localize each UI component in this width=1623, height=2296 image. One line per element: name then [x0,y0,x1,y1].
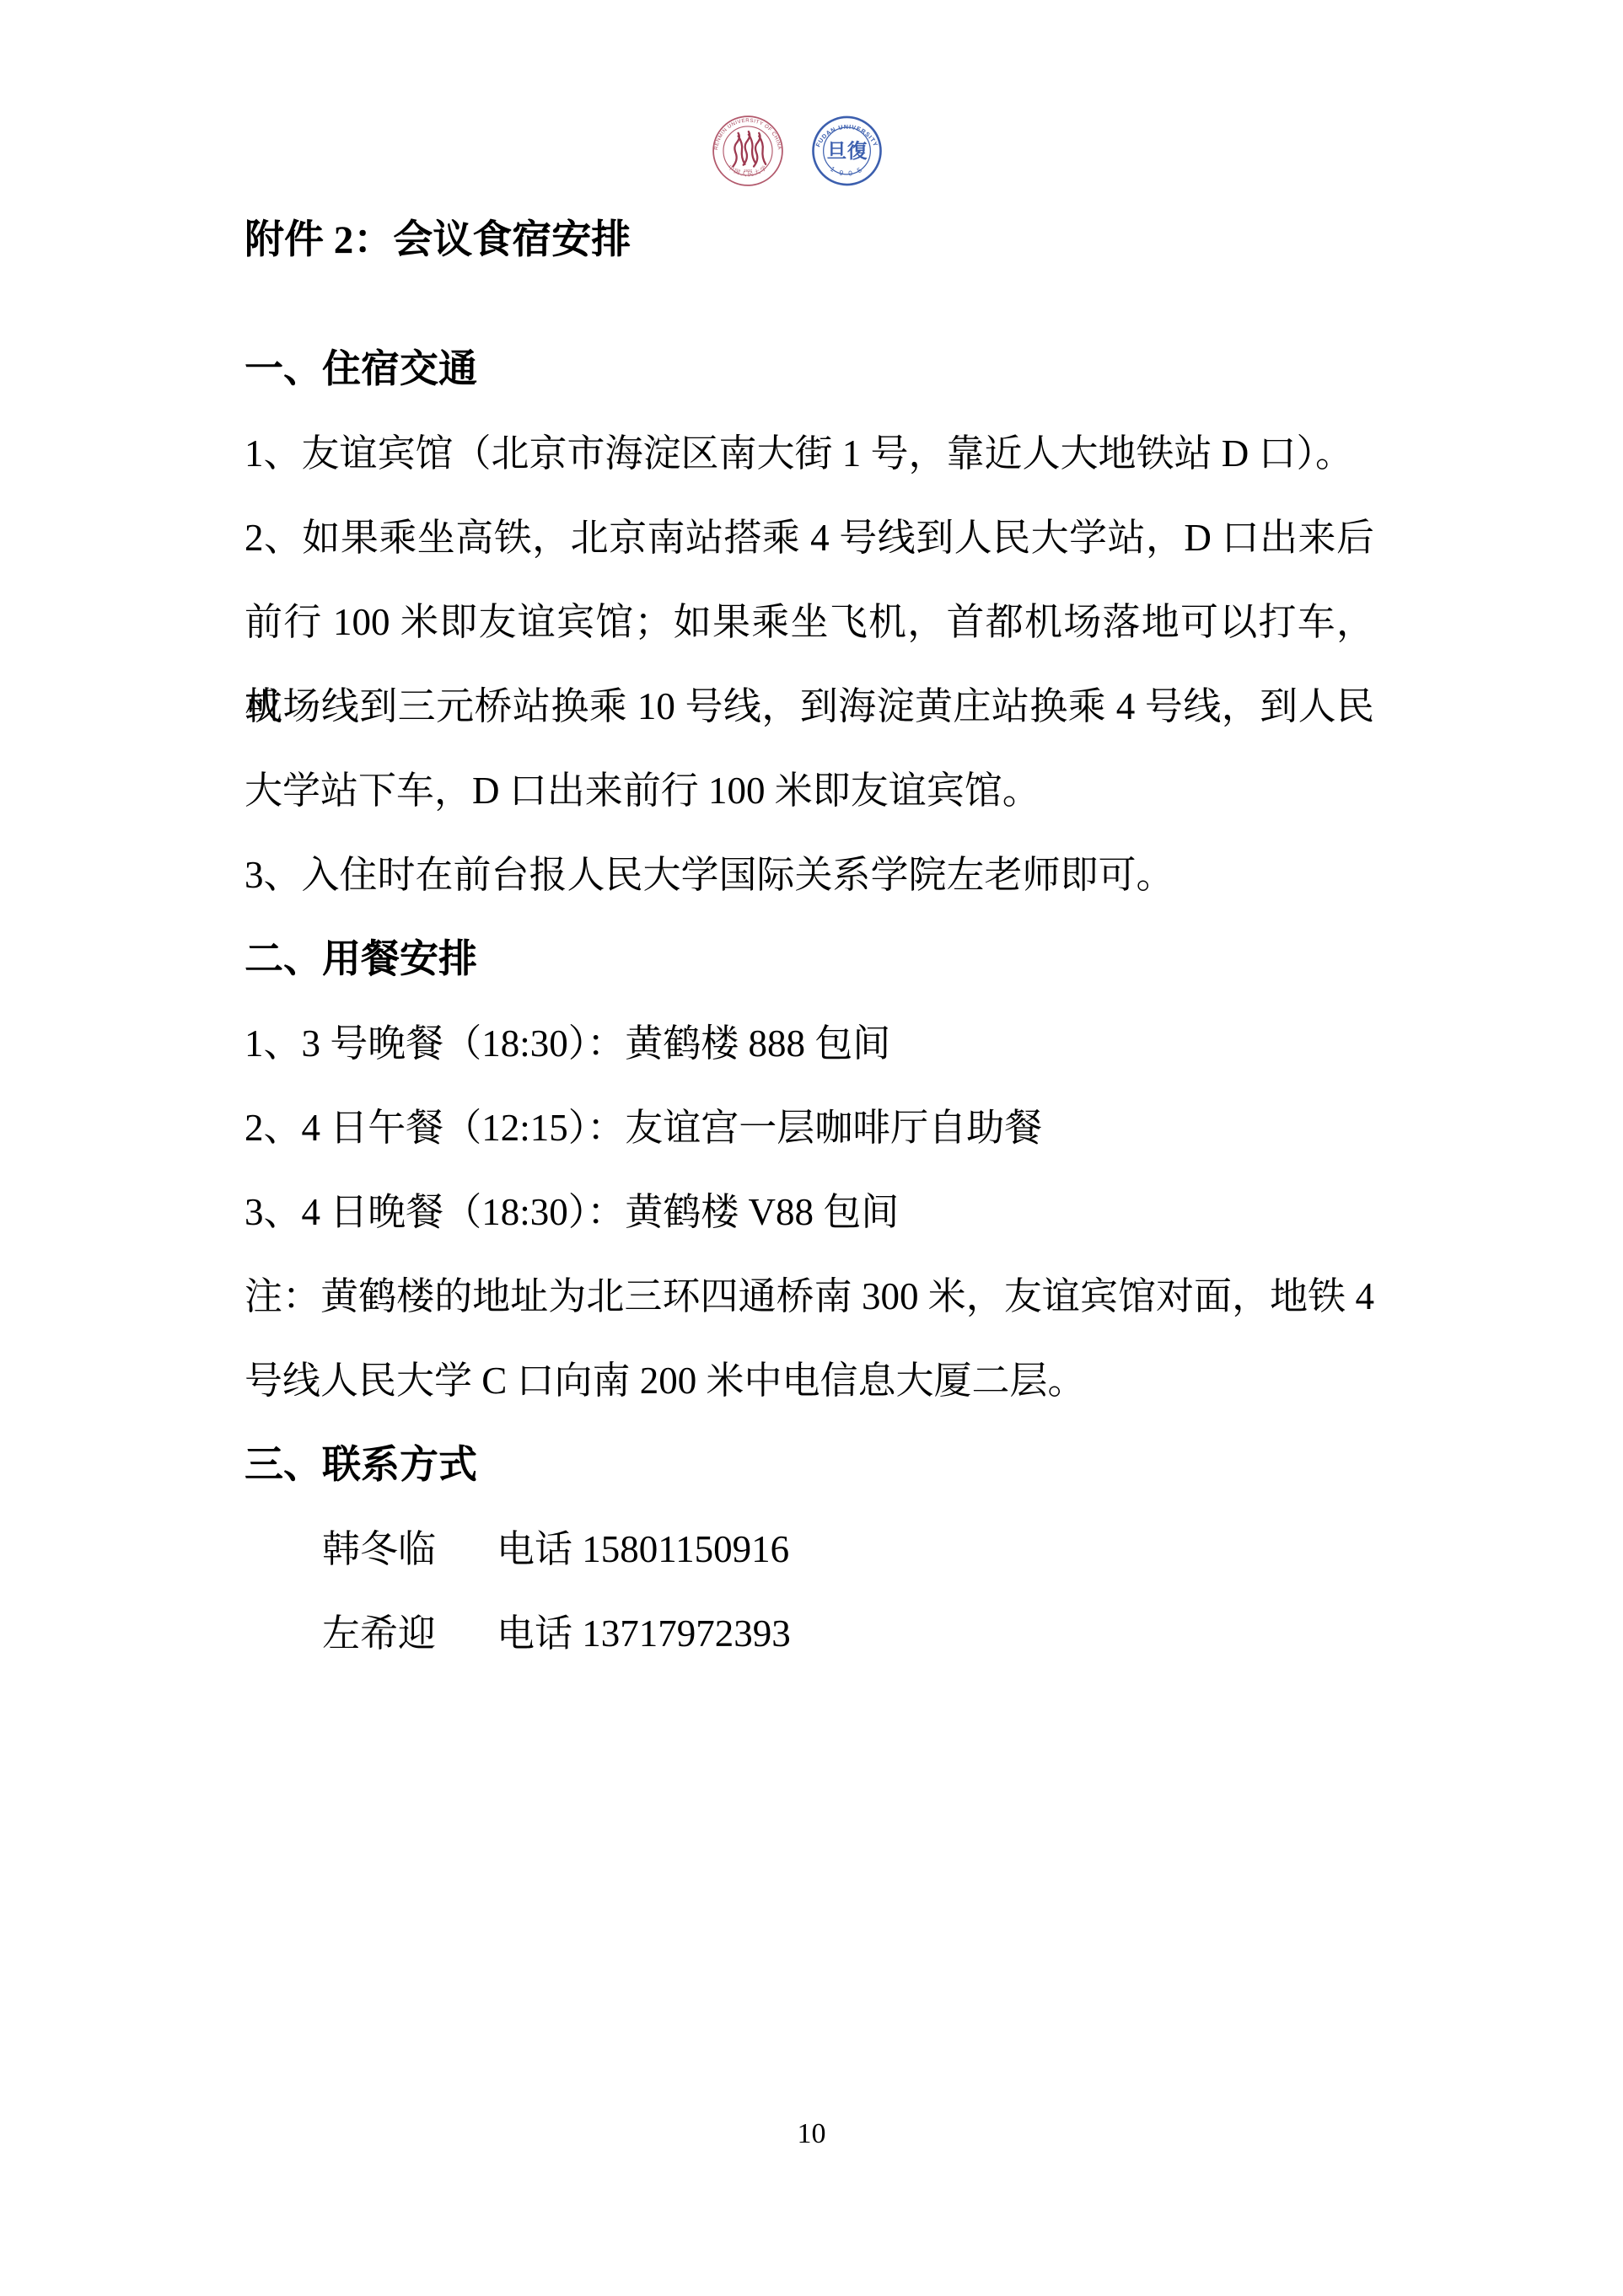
svg-text:1 9 0 5: 1 9 0 5 [829,165,865,178]
body-line: 注：黄鹤楼的地址为北三环四通桥南 300 米，友谊宾馆对面，地铁 4 [245,1254,1374,1338]
document-body: 附件 2：会议食宿安排 一、住宿交通 1、友谊宾馆（北京市海淀区南大街 1 号，… [245,198,1374,1676]
section-heading-contacts: 三、联系方式 [245,1423,1374,1507]
body-line: 2、4 日午餐（12:15）：友谊宫一层咖啡厅自助餐 [245,1086,1374,1170]
body-line: 1、友谊宾馆（北京市海淀区南大街 1 号，靠近人大地铁站 D 口）。 [245,411,1374,496]
attachment-title: 附件 2：会议食宿安排 [245,198,1374,282]
body-line: 1、3 号晚餐（18:30）：黄鹤楼 888 包间 [245,1001,1374,1086]
body-line: 2、如果乘坐高铁，北京南站搭乘 4 号线到人民大学站，D 口出来后 [245,496,1374,580]
fudan-university-logo-icon: FUDAN UNIVERSITY 旦 復 1 9 0 5 [810,112,884,190]
contact-name: 韩冬临 [322,1507,436,1591]
title-spacer [245,282,1374,327]
body-line: 机场线到三元桥站换乘 10 号线，到海淀黄庄站换乘 4 号线，到人民 [245,664,1374,748]
contact-phone: 电话 13717972393 [497,1591,791,1676]
section-heading-accommodation: 一、住宿交通 [245,327,1374,411]
contact-row: 韩冬临 电话 15801150916 [245,1507,1374,1591]
svg-text:旦: 旦 [827,140,847,163]
body-line: 号线人民大学 C 口向南 200 米中电信息大厦二层。 [245,1338,1374,1423]
renmin-university-logo-icon: RENMIN UNIVERSITY OF CHINA 1937 中国人民大学 [711,112,785,190]
contact-phone: 电话 15801150916 [497,1507,789,1591]
section-heading-meals: 二、用餐安排 [245,917,1374,1001]
contact-row: 左希迎 电话 13717972393 [245,1591,1374,1676]
svg-text:復: 復 [847,139,868,163]
university-logos: RENMIN UNIVERSITY OF CHINA 1937 中国人民大学 F… [711,112,884,190]
body-line: 前行 100 米即友谊宾馆；如果乘坐飞机，首都机场落地可以打车，或 [245,580,1374,664]
body-line: 大学站下车，D 口出来前行 100 米即友谊宾馆。 [245,748,1374,833]
contact-name: 左希迎 [322,1591,436,1676]
body-line: 3、入住时在前台报人民大学国际关系学院左老师即可。 [245,833,1374,917]
page-number: 10 [0,2117,1623,2151]
body-line: 3、4 日晚餐（18:30）：黄鹤楼 V88 包间 [245,1170,1374,1254]
